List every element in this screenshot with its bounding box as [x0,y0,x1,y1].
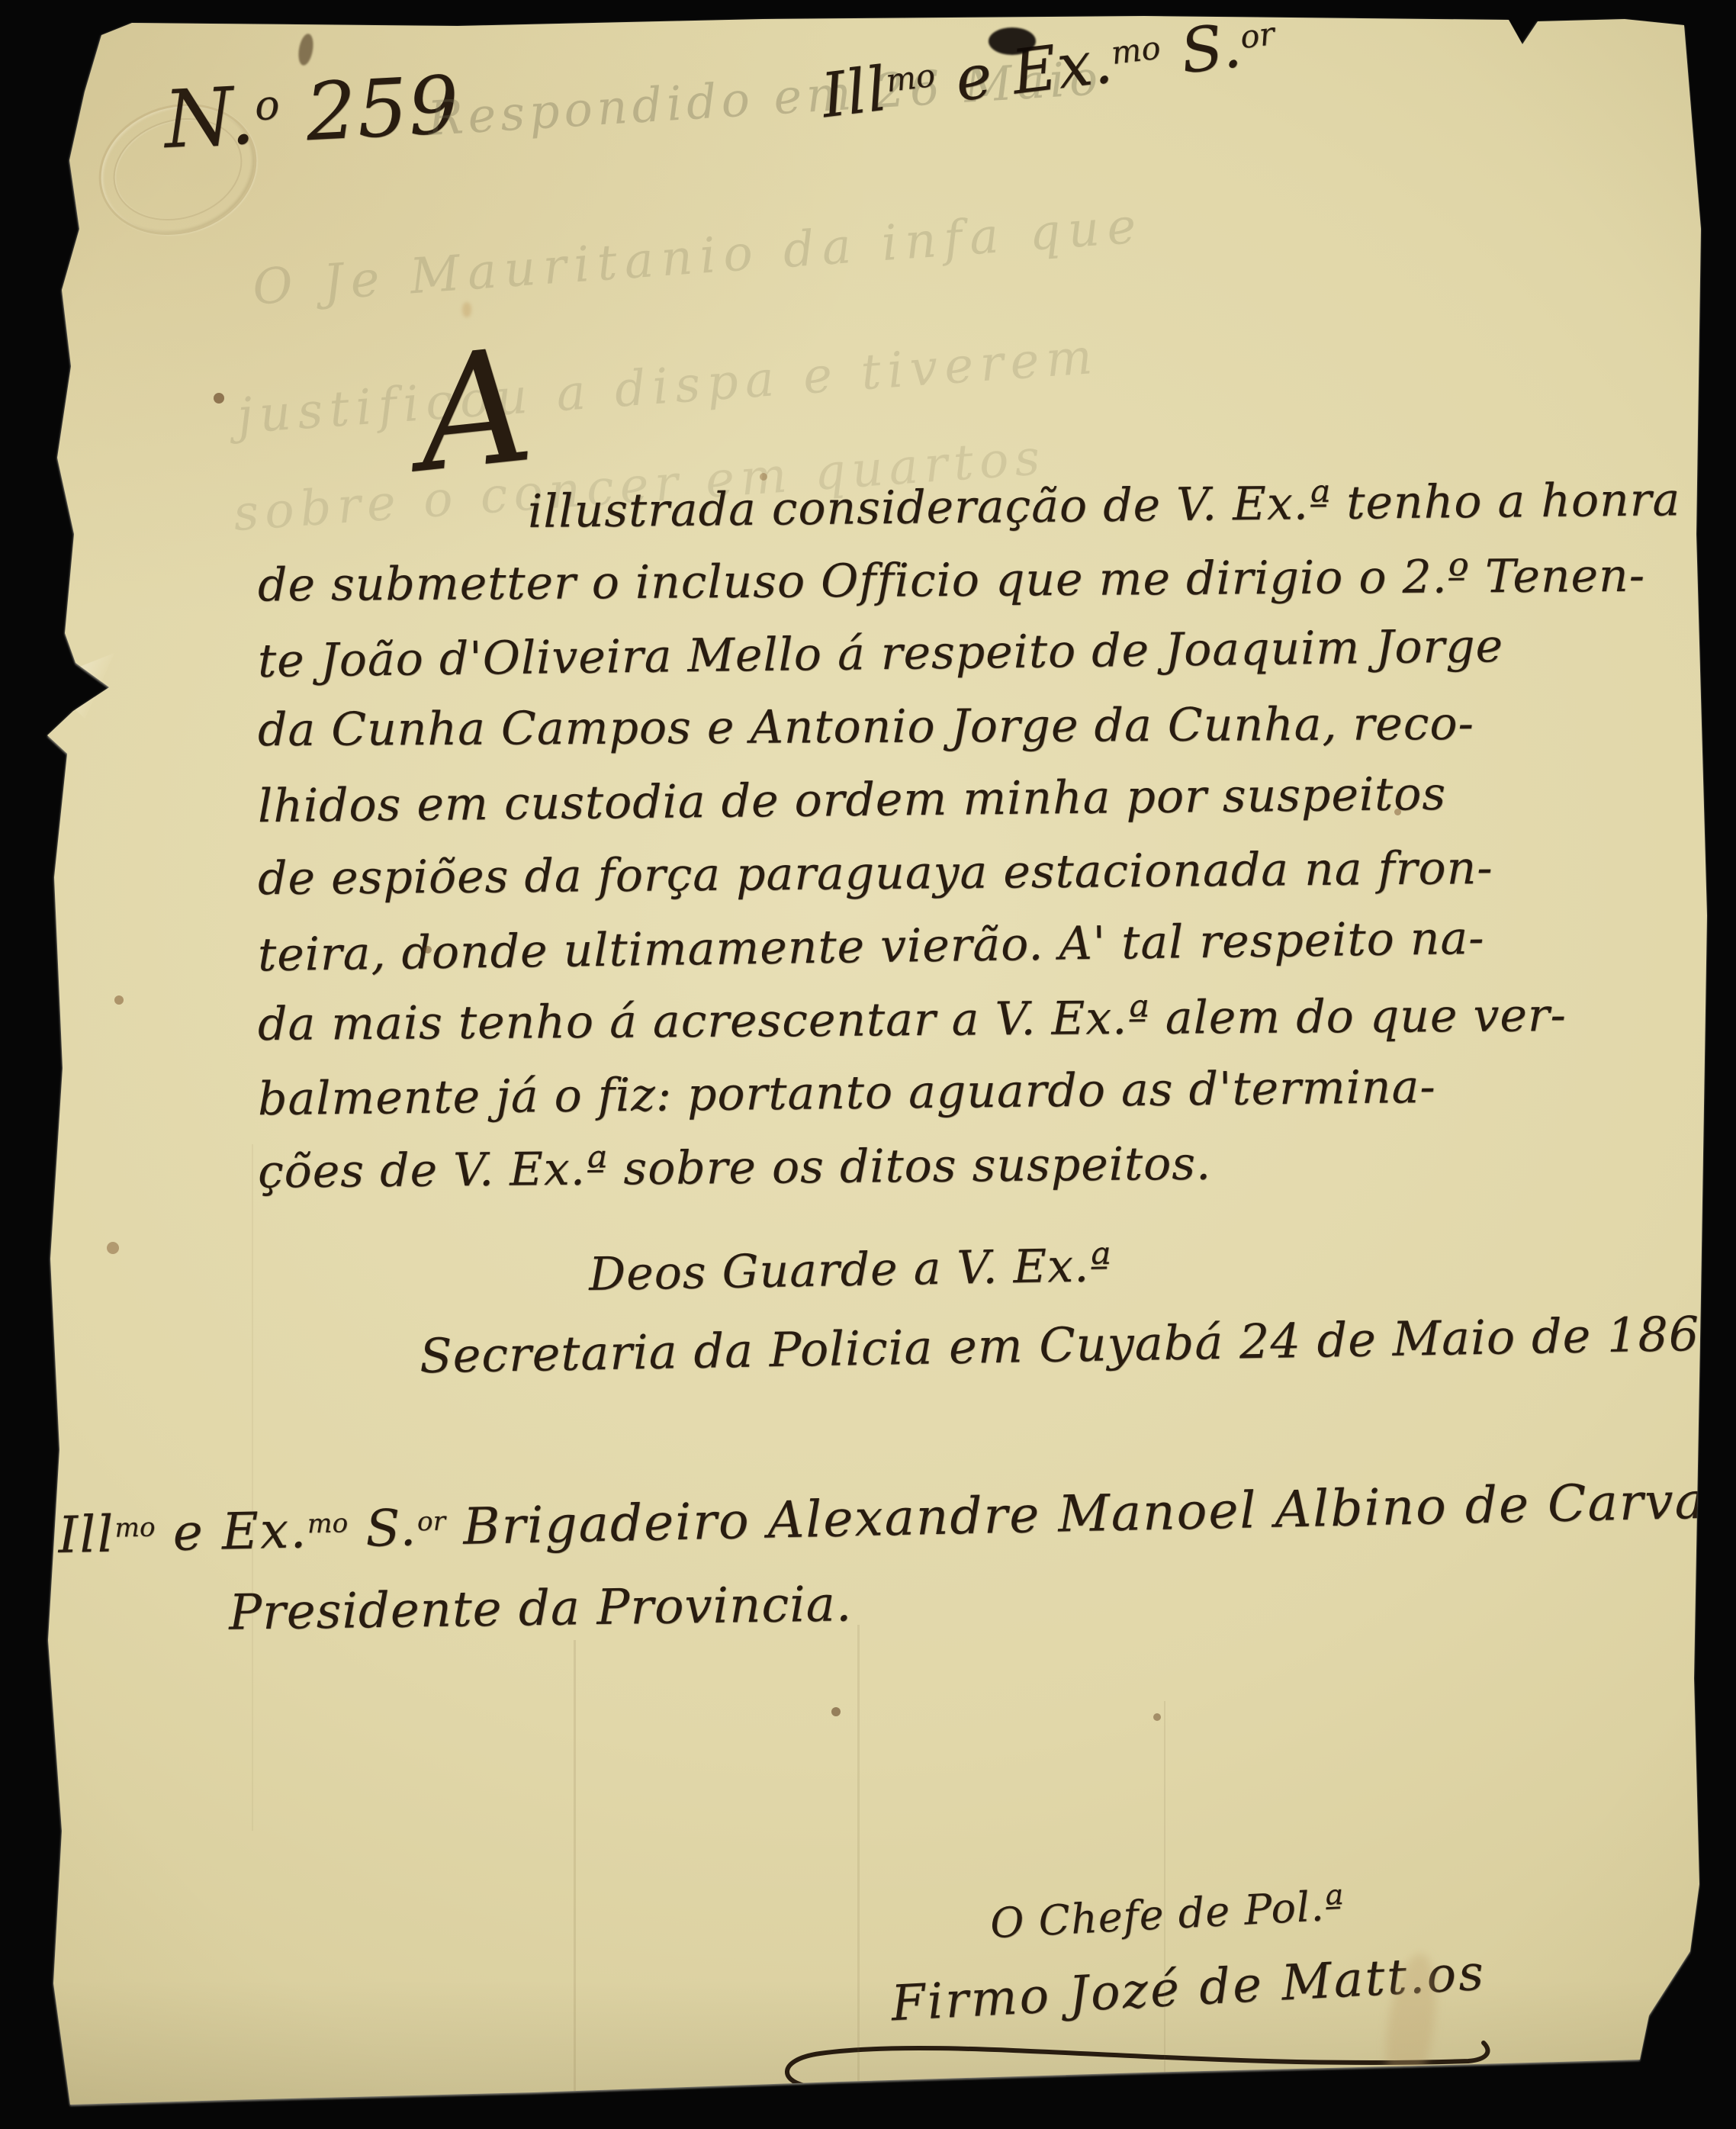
valediction: Deos Guarde a V. Ex.ª [588,1239,1112,1301]
addressee-salutation-base: Ill [57,1504,115,1565]
addressee-salutation-base: S. [347,1498,417,1558]
document-number-sup: o [253,81,281,130]
addressee-name: Brigadeiro Alexandre Manoel Albino de Ca… [445,1469,1736,1556]
scanned-letter-canvas: N.o 259 Respondido em 26 Maio Illmo e Ex… [0,0,1736,2129]
salutation-sup: mo [1109,28,1162,71]
torn-edge-fiber [44,653,114,719]
body-line: da Cunha Campos e Antonio Jorge da Cunha… [258,697,1474,757]
body-line: illustrada consideração de V. Ex.ª tenho… [528,473,1681,539]
pencil-draft-line: O Je Mauritanio da infa que [251,198,1146,316]
stain [107,1242,119,1254]
addressee-line: Illmo e Ex.mo S.or Brigadeiro Alexandre … [57,1469,1736,1565]
stain [989,27,1036,55]
crease [252,1144,253,1831]
salutation-sup: mo [884,56,937,99]
paper-wrap: N.o 259 Respondido em 26 Maio Illmo e Ex… [0,0,1736,2129]
addressee-title: Presidente da Provincia. [229,1576,853,1641]
addressee-salutation-sup: mo [307,1508,349,1539]
stain [214,393,224,404]
addressee-salutation-sup: or [417,1507,446,1538]
addressee-salutation-base: e Ex. [155,1500,308,1562]
stain [296,33,315,66]
stain [831,1707,841,1716]
salutation-base: Ill [818,53,891,132]
addressee-salutation-sup: mo [114,1512,156,1543]
body-line: teira, donde ultimamente vierão. A' tal … [258,912,1485,982]
body-line: da mais tenho á acrescentar a V. Ex.ª al… [258,989,1567,1051]
salutation-sup: or [1238,14,1277,56]
stain [1394,809,1401,815]
drop-cap-initial: A [409,315,540,507]
document-paper: N.o 259 Respondido em 26 Maio Illmo e Ex… [0,0,1736,2129]
crease [574,1640,576,2105]
crease [857,1625,860,2113]
pencil-draft-line: justificou a dispa e tiverem [236,329,1101,445]
dateline: Secretaria da Policia em Cuyabá 24 de Ma… [419,1305,1736,1384]
signature-title: O Chefe de Pol.ª [989,1881,1346,1947]
salutation: Illmo e Ex.mo S.or [818,5,1280,131]
body-line: lhidos em custodia de ordem minha por su… [258,767,1447,833]
salutation-base: S. [1157,10,1246,90]
crease [1164,1701,1165,2113]
body-line: ções de V. Ex.ª sobre os ditos suspeitos… [258,1137,1212,1199]
body-line: de submetter o incluso Officio que me di… [258,549,1645,613]
stain [424,946,432,954]
stain [114,995,124,1005]
document-number-base: N. [162,69,258,166]
stain [760,473,767,481]
body-line: de espiões da força paraguaya estacionad… [258,841,1493,905]
body-line: te João d'Oliveira Mello á respeito de J… [258,619,1504,688]
stain [1153,1713,1161,1721]
stain [462,302,471,317]
body-line: balmente já o fiz: portanto aguardo as d… [258,1060,1436,1126]
document-number: N.o 259 [162,58,461,166]
